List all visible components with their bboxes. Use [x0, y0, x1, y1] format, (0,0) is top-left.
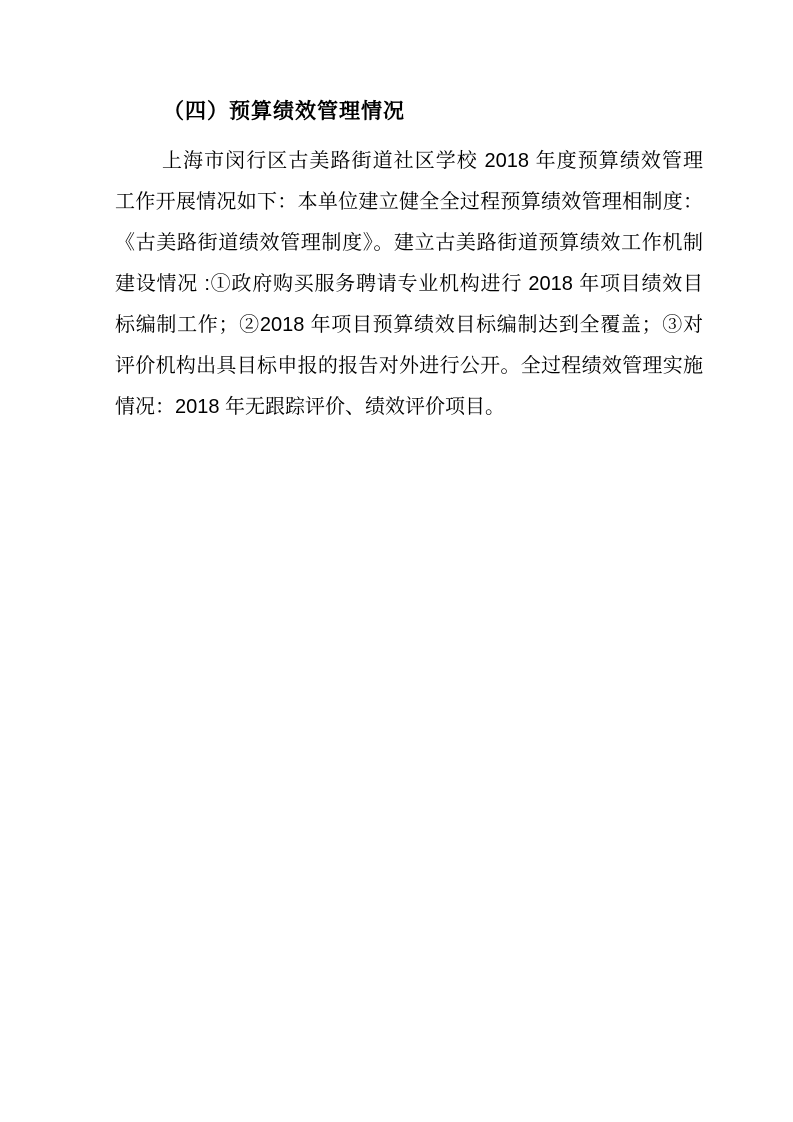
- paragraph-line-6: 评价机构出具目标申报的报告对外进行公开。全过程绩效管理实施: [115, 346, 703, 387]
- paragraph-line-1: 上海市闵行区古美路街道社区学校 2018 年度预算绩效管理: [115, 141, 703, 182]
- body-paragraph: 上海市闵行区古美路街道社区学校 2018 年度预算绩效管理 工作开展情况如下：本…: [115, 141, 703, 428]
- document-page: （四）预算绩效管理情况 上海市闵行区古美路街道社区学校 2018 年度预算绩效管…: [0, 0, 793, 1122]
- section-heading: （四）预算绩效管理情况: [163, 97, 405, 125]
- paragraph-line-5: 标编制工作；②2018 年项目预算绩效目标编制达到全覆盖；③对: [115, 305, 703, 346]
- paragraph-line-2: 工作开展情况如下：本单位建立健全全过程预算绩效管理相制度：: [115, 182, 703, 223]
- paragraph-line-3: 《古美路街道绩效管理制度》。建立古美路街道预算绩效工作机制: [115, 223, 703, 264]
- paragraph-line-4: 建设情况 :①政府购买服务聘请专业机构进行 2018 年项目绩效目: [115, 264, 703, 305]
- paragraph-line-7: 情况：2018 年无跟踪评价、绩效评价项目。: [115, 387, 703, 428]
